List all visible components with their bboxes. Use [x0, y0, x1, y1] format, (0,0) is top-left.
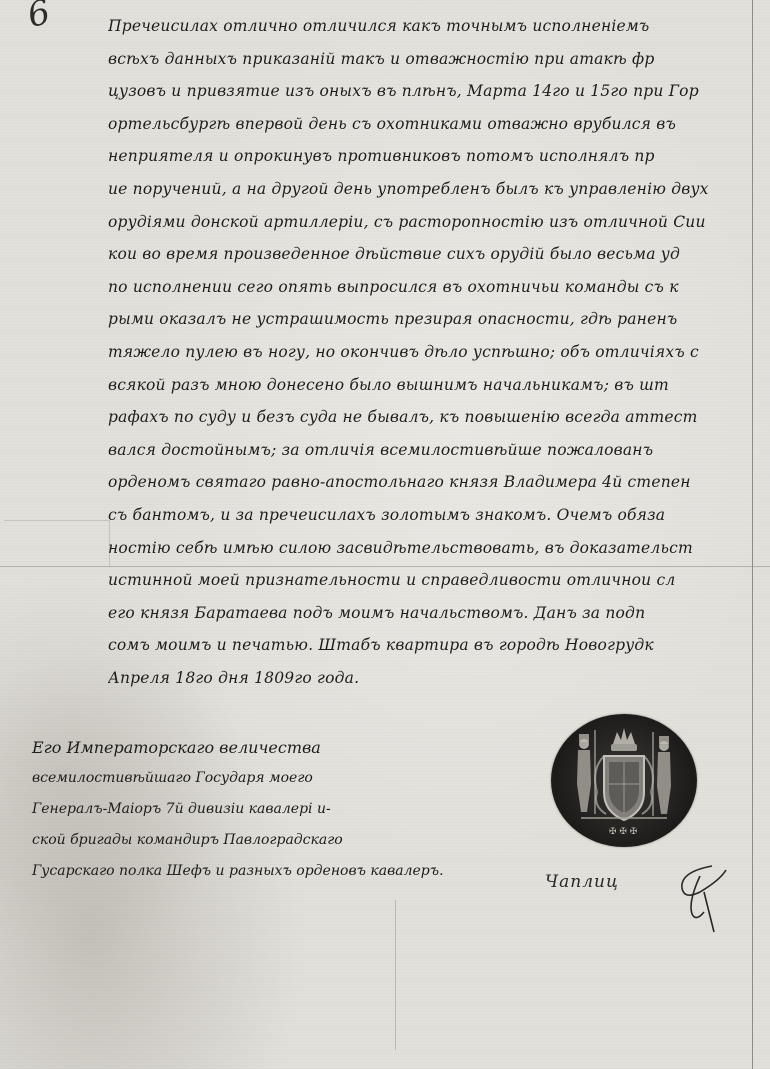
- signature-flourish-icon: [670, 862, 730, 942]
- vertical-fold-line: [395, 900, 396, 1050]
- text-line: его князя Баратаева подъ моимъ начальств…: [108, 597, 768, 630]
- margin-fold-mark: [4, 520, 110, 567]
- wax-seal: ✠ ✠ ✠: [551, 714, 697, 847]
- text-line: орденомъ святаго равно-апостольнаго княз…: [108, 466, 768, 499]
- text-line: истинной моей признательности и справедл…: [108, 564, 768, 597]
- text-line: всѣхъ данныхъ приказаній такъ и отважнос…: [108, 43, 768, 76]
- text-line: по исполнении сего опять выпросился въ о…: [108, 271, 768, 304]
- text-line: ортельсбургѣ впервой день съ охотниками …: [108, 108, 768, 141]
- text-line: кои во время произведенное дѣйствие сихъ…: [108, 238, 768, 271]
- text-line: съ бантомъ, и за пречеисилахъ золотымъ з…: [108, 499, 768, 532]
- text-line: цузовъ и привзятие изъ оныхъ въ плѣнъ, М…: [108, 75, 768, 108]
- signatory-line: Генералъ-Маіоръ 7й дивизіи кавалері и-: [32, 794, 552, 825]
- text-line: неприятеля и опрокинувъ противниковъ пот…: [108, 140, 768, 173]
- document-body: Пречеисилах отлично отличился какъ точны…: [108, 10, 768, 694]
- document-page: 6 Пречеисилах отлично отличился какъ точ…: [0, 0, 770, 1069]
- svg-text:✠ ✠ ✠: ✠ ✠ ✠: [609, 827, 637, 837]
- signatory-line: ской бригады командиръ Павлоградскаго: [32, 825, 552, 856]
- text-line: сомъ моимъ и печатью. Штабъ квартира въ …: [108, 629, 768, 662]
- signatory-title-block: Его Императорскаго величества всемилости…: [32, 732, 552, 887]
- signatory-line: всемилостивѣйшаго Государя моего: [32, 763, 552, 794]
- text-line: ностію себѣ имѣю силою засвидѣтельствова…: [108, 532, 768, 565]
- coat-of-arms-icon: ✠ ✠ ✠: [551, 714, 697, 847]
- page-number: 6: [23, 0, 54, 36]
- text-line: орудіями донской артиллеріи, съ растороп…: [108, 206, 768, 239]
- signatory-line: Гусарскаго полка Шефъ и разныхъ орденовъ…: [32, 856, 552, 887]
- date-line: Апреля 18го дня 1809го года.: [108, 662, 768, 695]
- text-line: всякой разъ мною донесено было вышнимъ н…: [108, 369, 768, 402]
- text-line: рыми оказалъ не устрашимость презирая оп…: [108, 303, 768, 336]
- text-line: Пречеисилах отлично отличился какъ точны…: [108, 10, 768, 43]
- handwritten-signature: Чаплиц: [545, 872, 619, 892]
- text-line: рафахъ по суду и безъ суда не бывалъ, къ…: [108, 401, 768, 434]
- text-line: ие поручений, а на другой день употребле…: [108, 173, 768, 206]
- text-line: вался достойнымъ; за отличія всемилостив…: [108, 434, 768, 467]
- signatory-line: Его Императорскаго величества: [32, 732, 552, 763]
- text-line: тяжело пулею въ ногу, но окончивъ дѣло у…: [108, 336, 768, 369]
